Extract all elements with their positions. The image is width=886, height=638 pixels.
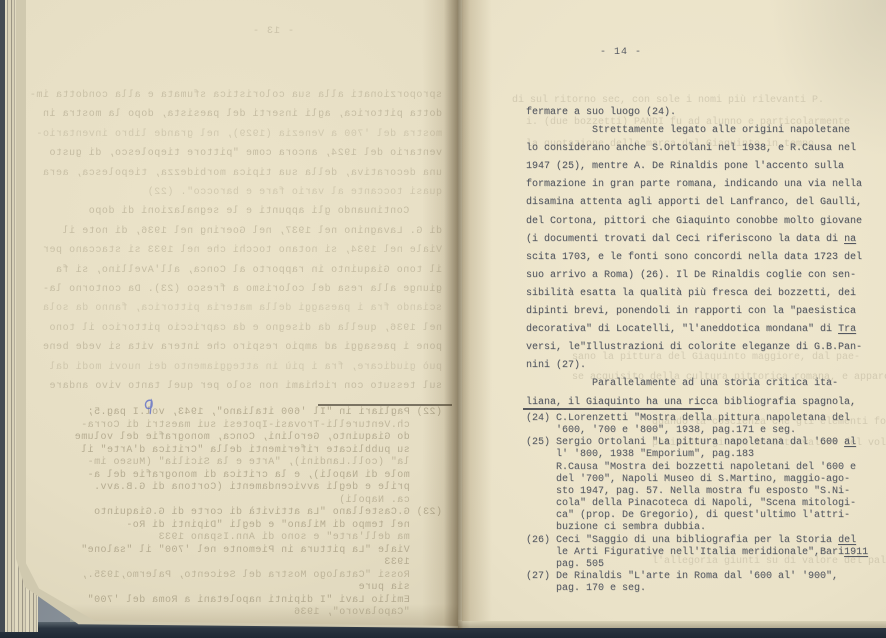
footnote-line: pag. 170 e seg. [526,583,868,595]
show-through-line: ventario del 1924, ancora come "pittore … [32,144,442,163]
show-through-line: nel 1936, quella da disegno e da capricc… [32,319,442,338]
show-through-footnote-line: sia pure [32,582,442,595]
footnote-rule [523,408,703,410]
show-through-footnote-line: do Giaquinto, Gerolini, Conca, monografi… [32,432,442,445]
typed-line: nini (27). [526,357,862,375]
show-through-line: sproporzionati alla sua coloristica sfum… [32,86,442,105]
typed-line: dipinti brevi, ponendoli in rapporti con… [526,303,862,321]
under-right-page-edge [458,620,886,628]
footnote-line: buzione ci sembra dubbia. [526,522,868,534]
show-through-footnote-line: mole di Napoli), e la critica di monogra… [32,470,442,483]
show-through-footnote-line: ma dell'arte" e sono di Ann.Ispano 1933 [32,532,442,545]
page-number: - 14 - [600,47,642,58]
show-through-line: di G. Lavagnino nel 1937, nel Goering ne… [32,222,442,241]
show-through-footnote-line: (22) Pagliari in "Il '600 italiano", 194… [32,407,442,420]
show-through-footnote-line: 1933 [32,557,442,570]
typed-line: scita 1703, e le fonti sono concordi nel… [526,249,862,267]
footnote-text: (24) C.Lorenzetti "Mostra della pittura … [526,413,868,595]
typed-line: versi, le"Illustrazioni di colorite eleg… [526,339,862,357]
footnote-line: (25) Sergio Ortolani "La pittura napolet… [526,437,868,449]
left-page-show-through-body: sproporzionati alla sua coloristica sfum… [32,86,442,397]
show-through-footnote-line: su pubblicate riferimenti della "Critica… [32,445,442,458]
footnote-line: ca" (prop. De Gregorio), di quest'ultimo… [526,510,868,522]
footnote-line: (27) De Rinaldis "L'arte in Roma dal '60… [526,571,868,583]
footnote-line: del '700", Napoli Museo di S.Martino, ma… [526,474,868,486]
show-through-line: può giudicare, fra i più in atteggiament… [32,358,442,377]
show-through-footnote-line: Viale "La pittura in Piemonte nel '700" … [32,545,442,558]
footnote-line: R.Causa "Mostra dei bozzetti napoletani … [526,462,868,474]
footnote-line: le Arti Figurative nell'Italia meridiona… [526,547,868,559]
footnote-line: l' '800, 1938 "Emporium", pag.183 [526,449,868,461]
show-through-footnote-line: ca. Napoli) [32,495,442,508]
show-through-line: dotta pittorica, agli inserti del paesis… [32,105,442,124]
typed-line: disamina attenta agli apporti del Lanfra… [526,194,862,212]
typed-line: Parallelamente ad una storia critica ita… [526,375,862,393]
show-through-line: Continuando gli appunti e le segnalazion… [32,202,442,221]
typed-line: 1947 (25), mentre A. De Rinaldis pone l'… [526,158,862,176]
left-page-number-show-through: - 13 - [252,26,294,37]
footnote-line: '600, '700 e '800", 1938, pag.171 e seg. [526,425,868,437]
show-through-footnote-line: la" (coll.Landini), "Arte e la Sicilia" … [32,457,442,470]
show-through-line: il tono Giaquinto in rapporto al Conca, … [32,261,442,280]
typed-line: Strettamente legato alle origini napolet… [526,122,862,140]
show-through-line: Viale nel 1934, si notano tocchi che nel… [32,241,442,260]
book-scan: - 13 - sproporzionati alla sua coloristi… [0,0,886,638]
show-through-footnote-line: ch.Venturelli-Trovasi-Ipotesi sui maestr… [32,420,442,433]
show-through-line: giunge alla resa del colorismo a fresco … [32,280,442,299]
footnote-line: pag. 505 [526,559,868,571]
left-page-show-through-footnotes: (22) Pagliari in "Il '600 italiano", 194… [32,407,442,620]
show-through-footnote-line: nel tempo di Milano" e degli "Dipinti di… [32,520,442,533]
show-through-line: sciando fra i paesaggi della materia pit… [32,299,442,318]
show-through-line: sul tessuto con richiami non solo per qu… [32,377,442,396]
right-page: di sul ritorno sec, con sole i nomi più … [462,0,886,621]
show-through-line: mostra del '700 a Venezia (1929), nel gr… [32,125,442,144]
show-through-line: quasi toccante al vario fare e barocco".… [32,183,442,202]
typed-line: del Cortona, pittori che Giaquinto conob… [526,213,862,231]
handwritten-ink-mark [142,397,156,417]
show-through-footnote-line: prile e degli avvicendamenti (Cortona di… [32,482,442,495]
typed-line: decorativa" di Locatelli, "l'aneddotica … [526,321,862,339]
typed-line: formazione in gran parte romana, indican… [526,176,862,194]
footnote-line: cola" della Pinacoteca di Napoli, "Scena… [526,498,868,510]
footnote-line: (24) C.Lorenzetti "Mostra della pittura … [526,413,868,425]
left-page-gutter-shadow [422,0,458,626]
show-through-footnote-line: Rossi "Catalogo Mostra del Seicento, Pal… [32,570,442,583]
typed-line: fermare a suo luogo (24). [526,104,862,122]
show-through-line: una decorativa, della sua tipica morbide… [32,164,442,183]
typed-line: (i documenti trovati dal Ceci riferiscon… [526,231,862,249]
typed-line: sibilità esatta la qualità più fresca de… [526,285,862,303]
typed-line: suo arrivo a Roma) (26). Il De Rinaldis … [526,267,862,285]
footnote-line: sto 1947, pag. 57. Nella mostra fu espos… [526,486,868,498]
show-through-footnote-line: (23) G.Castellano "La attività di corte … [32,507,442,520]
footnote-line: (26) Ceci "Saggio di una bibliografia pe… [526,535,868,547]
show-through-line: pone i paesaggi ad ampio respiro che int… [32,338,442,357]
body-text: fermare a suo luogo (24). Strettamente l… [526,104,862,412]
left-page: - 13 - sproporzionati alla sua coloristi… [26,0,458,626]
typed-line: lo considerano anche S.Ortolani nel 1938… [526,140,862,158]
